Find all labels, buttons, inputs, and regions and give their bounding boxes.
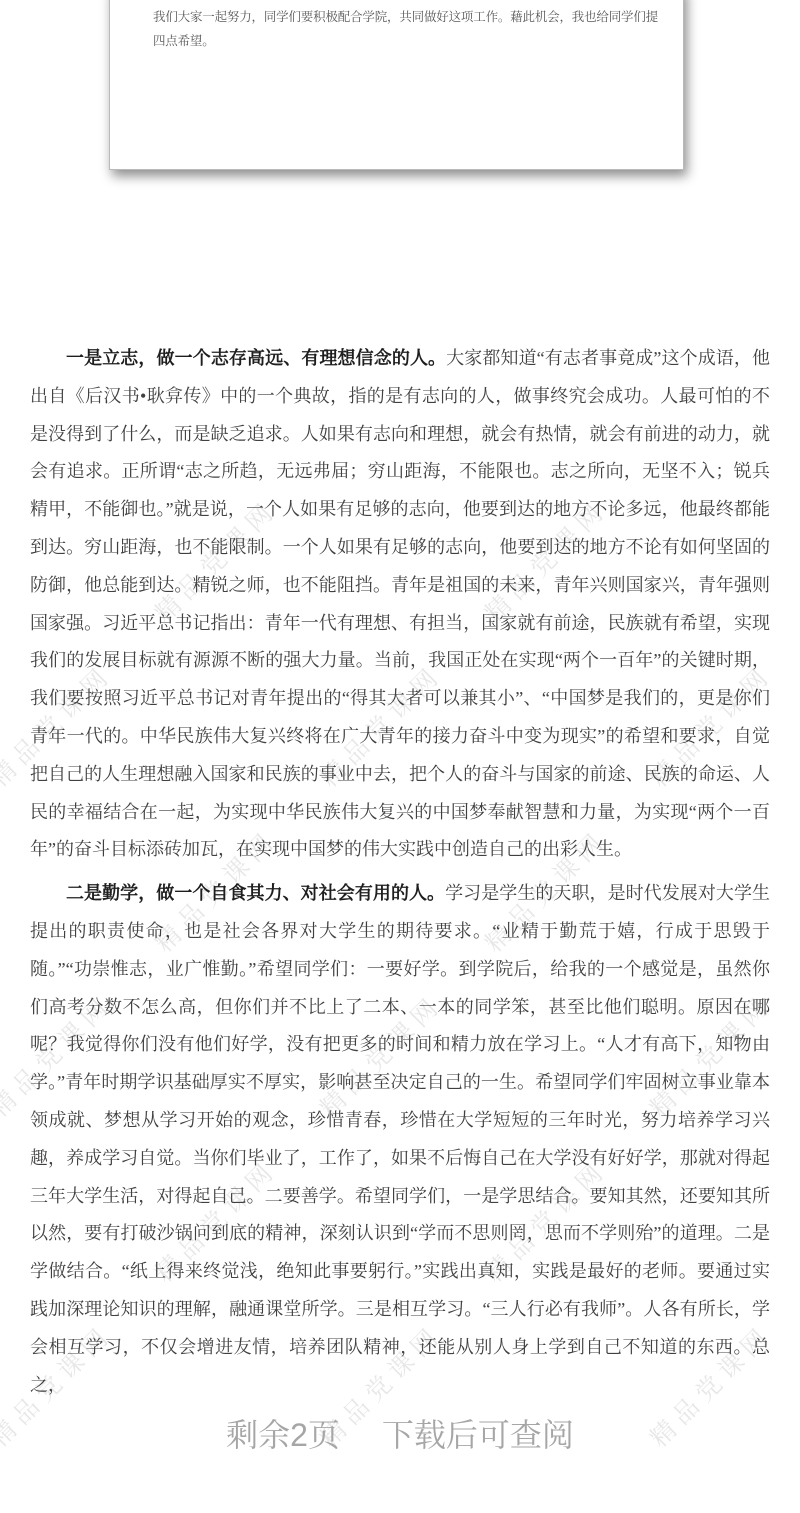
paragraph-two-text: 学习是学生的天职，是时代发展对大学生提出的职责使命，也是社会各界对大学生的期待要… <box>30 883 770 1394</box>
document-preview-page: 我们大家一起努力，同学们要积极配合学院，共同做好这项工作。藉此机会，我也给同学们… <box>109 0 684 170</box>
download-to-view-hint: 下载后可查阅 <box>382 1417 574 1453</box>
page-paragraph: 我们大家一起努力，同学们要积极配合学院，共同做好这项工作。藉此机会，我也给同学们… <box>153 5 658 53</box>
paragraph-one-text: 大家都知道“有志者事竟成”这个成语，他出自《后汉书•耿弇传》中的一个典故，指的是… <box>30 348 770 859</box>
paragraph-two-heading: 二是勤学，做一个自食其力、对社会有用的人。 <box>66 883 445 903</box>
paragraph-one: 一是立志，做一个志存高远、有理想信念的人。大家都知道“有志者事竟成”这个成语，他… <box>30 340 770 869</box>
remaining-pages-count: 剩余2页 <box>226 1417 340 1453</box>
document-body: 一是立志，做一个志存高远、有理想信念的人。大家都知道“有志者事竟成”这个成语，他… <box>30 340 770 1404</box>
paragraph-one-heading: 一是立志，做一个志存高远、有理想信念的人。 <box>66 348 446 368</box>
paragraph-two: 二是勤学，做一个自食其力、对社会有用的人。学习是学生的天职，是时代发展对大学生提… <box>30 875 770 1404</box>
remaining-pages-note: 剩余2页下载后可查阅 <box>0 1410 800 1456</box>
